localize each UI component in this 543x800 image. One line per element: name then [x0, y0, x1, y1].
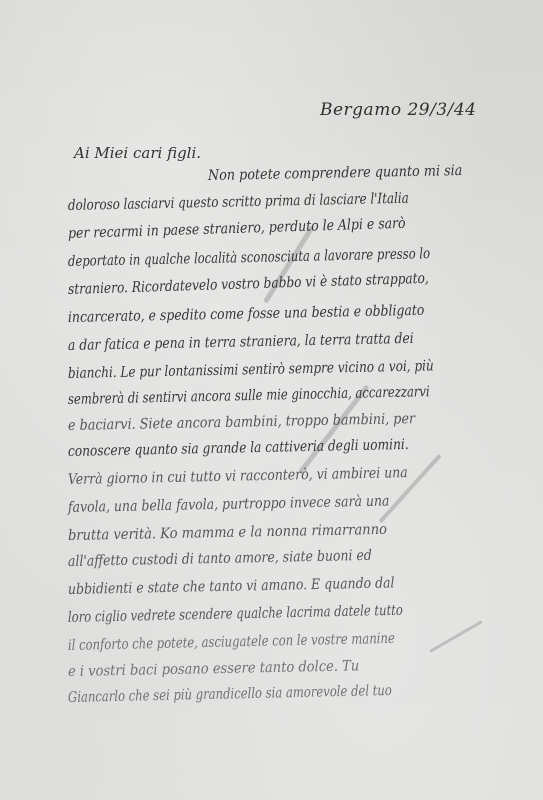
- letter-line: all'affetto custodi di tanto amore, siat…: [68, 548, 372, 570]
- letter-line: doloroso lasciarvi questo scritto prima …: [68, 191, 409, 214]
- letter-line: conoscere quanto sia grande la cattiveri…: [68, 437, 409, 460]
- letter-line: e i vostri baci posano essere tanto dolc…: [68, 658, 359, 680]
- letter-line: ubbidienti e state che tanto vi amano. E…: [68, 575, 395, 598]
- letter-line: per recarmi in paese straniero, perduto …: [68, 216, 406, 242]
- letter-line: favola, una bella favola, purtroppo inve…: [68, 493, 390, 516]
- letter-line: e baciarvi. Siete ancora bambini, troppo…: [68, 411, 415, 434]
- letter-line: bianchi. Le pur lontanissimi sentirò sem…: [68, 358, 434, 382]
- letter-line: a dar fatica e pena in terra straniera, …: [68, 331, 414, 354]
- letter-line: il conforto che potete, asciugatele con …: [68, 631, 395, 654]
- letter-page: Bergamo 29/3/44 Ai Miei cari figli. Non …: [0, 0, 543, 800]
- letter-line: loro ciglio vedrete scendere qualche lac…: [68, 603, 403, 626]
- letter-line: Verrà giorno in cui tutto vi racconterò,…: [68, 465, 408, 488]
- letter-line: sembrerà di sentirvi ancora sulle mie gi…: [68, 384, 430, 408]
- pencil-mark: [379, 454, 442, 524]
- salutation: Ai Miei cari figli.: [74, 144, 201, 162]
- place-date: Bergamo 29/3/44: [320, 100, 477, 120]
- pencil-mark: [429, 620, 482, 653]
- letter-line: incarcerato, e spedito come fosse una be…: [68, 303, 425, 326]
- letter-line: deportato in qualche località sconosciut…: [68, 246, 430, 270]
- letter-line: brutta verità. Ko mamma e la nonna rimar…: [68, 522, 387, 544]
- letter-line: straniero. Ricordatevelo vostro babbo vi…: [68, 271, 429, 298]
- letter-line: Non potete comprendere quanto mi sia: [208, 163, 463, 184]
- letter-line: Giancarlo che sei più grandicello sia am…: [68, 683, 392, 706]
